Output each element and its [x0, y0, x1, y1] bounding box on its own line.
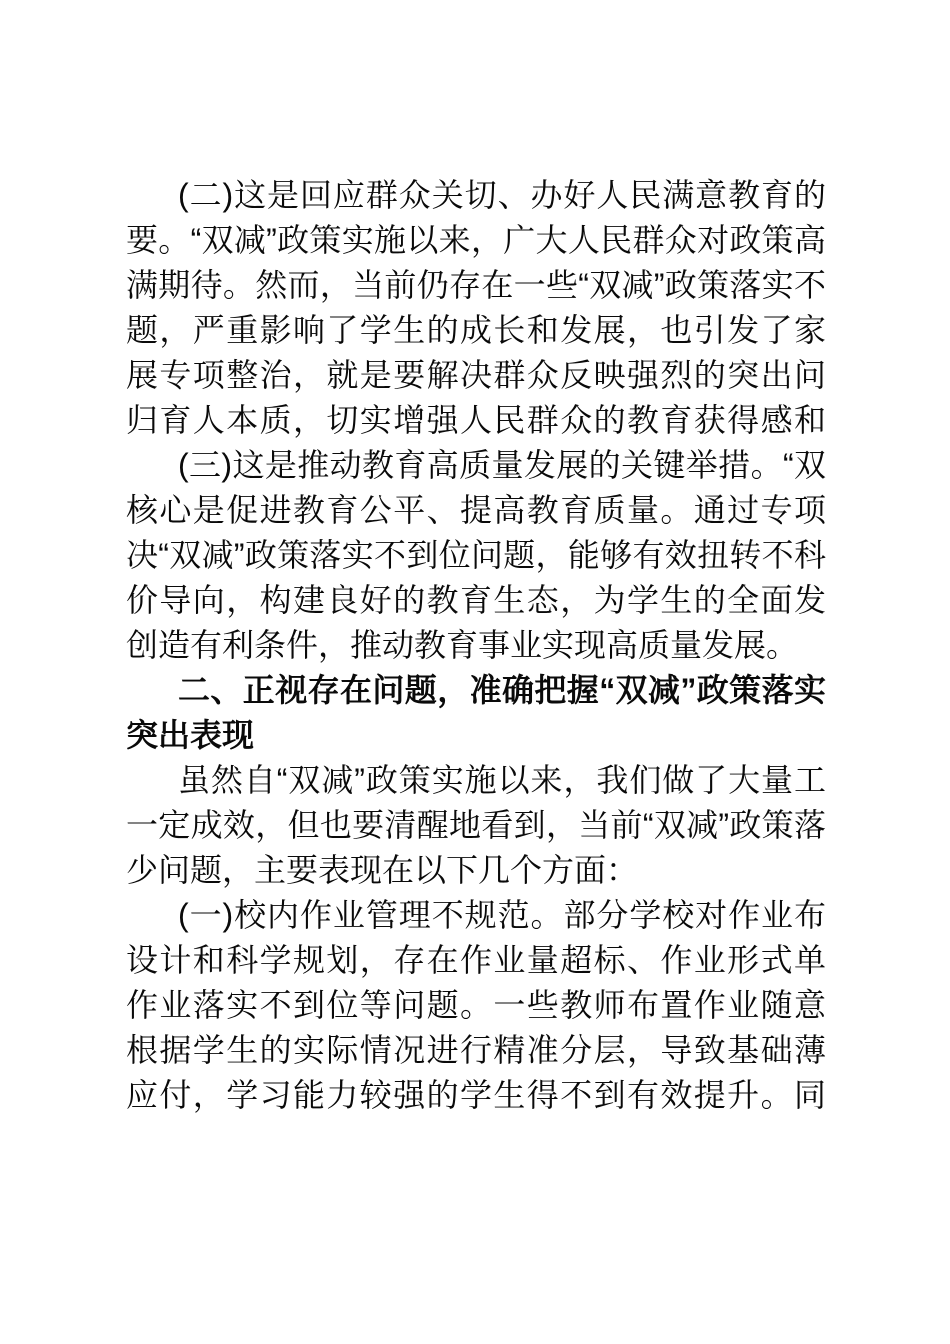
text-line: 题，严重影响了学生的成长和发展，也引发了家长的焦虑。开 [126, 308, 826, 353]
text-line: 价导向，构建良好的教育生态，为学生的全面发展和健康成长 [126, 578, 826, 623]
text-line: 突出表现 [126, 713, 826, 758]
text-line: 展专项整治，就是要解决群众反映强烈的突出问题，让教育回 [126, 353, 826, 398]
text-line: 归育人本质，切实增强人民群众的教育获得感和幸福感。 [126, 398, 826, 443]
text-line: 少问题，主要表现在以下几个方面： [126, 848, 826, 893]
text-line: 根据学生的实际情况进行精准分层，导致基础薄弱的学生疲于 [126, 1028, 826, 1073]
text-line: 创造有利条件，推动教育事业实现高质量发展。 [126, 623, 826, 668]
text-line: 核心是促进教育公平、提高教育质量。通过专项整治，着力解 [126, 488, 826, 533]
document-text-block: (二)这是回应群众关切、办好人民满意教育的迫切需要。“双减”政策实施以来，广大人… [126, 173, 826, 1118]
text-line: 应付，学习能力较强的学生得不到有效提升。同时，作业批改 [126, 1073, 826, 1118]
text-line: 二、正视存在问题，准确把握“双减”政策落实不到位的 [126, 668, 826, 713]
text-line: (三)这是推动教育高质量发展的关键举措。“双减”政策的 [126, 443, 826, 488]
text-line: 虽然自“双减”政策实施以来，我们做了大量工作，取得了 [126, 758, 826, 803]
text-line: 满期待。然而，当前仍存在一些“双减”政策落实不到位的问 [126, 263, 826, 308]
text-line: 决“双减”政策落实不到位问题，能够有效扭转不科学的教育评 [126, 533, 826, 578]
text-line: (一)校内作业管理不规范。部分学校对作业布置缺乏系统 [126, 893, 826, 938]
text-line: (二)这是回应群众关切、办好人民满意教育的迫切需 [126, 173, 826, 218]
text-line: 作业落实不到位等问题。一些教师布置作业随意性较大，没有 [126, 983, 826, 1028]
text-line: 要。“双减”政策实施以来，广大人民群众对政策高度关注、充 [126, 218, 826, 263]
text-line: 设计和科学规划，存在作业量超标、作业形式单一、分层分类 [126, 938, 826, 983]
text-line: 一定成效，但也要清醒地看到，当前“双减”政策落实仍存在不 [126, 803, 826, 848]
document-page: (二)这是回应群众关切、办好人民满意教育的迫切需要。“双减”政策实施以来，广大人… [0, 0, 950, 1344]
